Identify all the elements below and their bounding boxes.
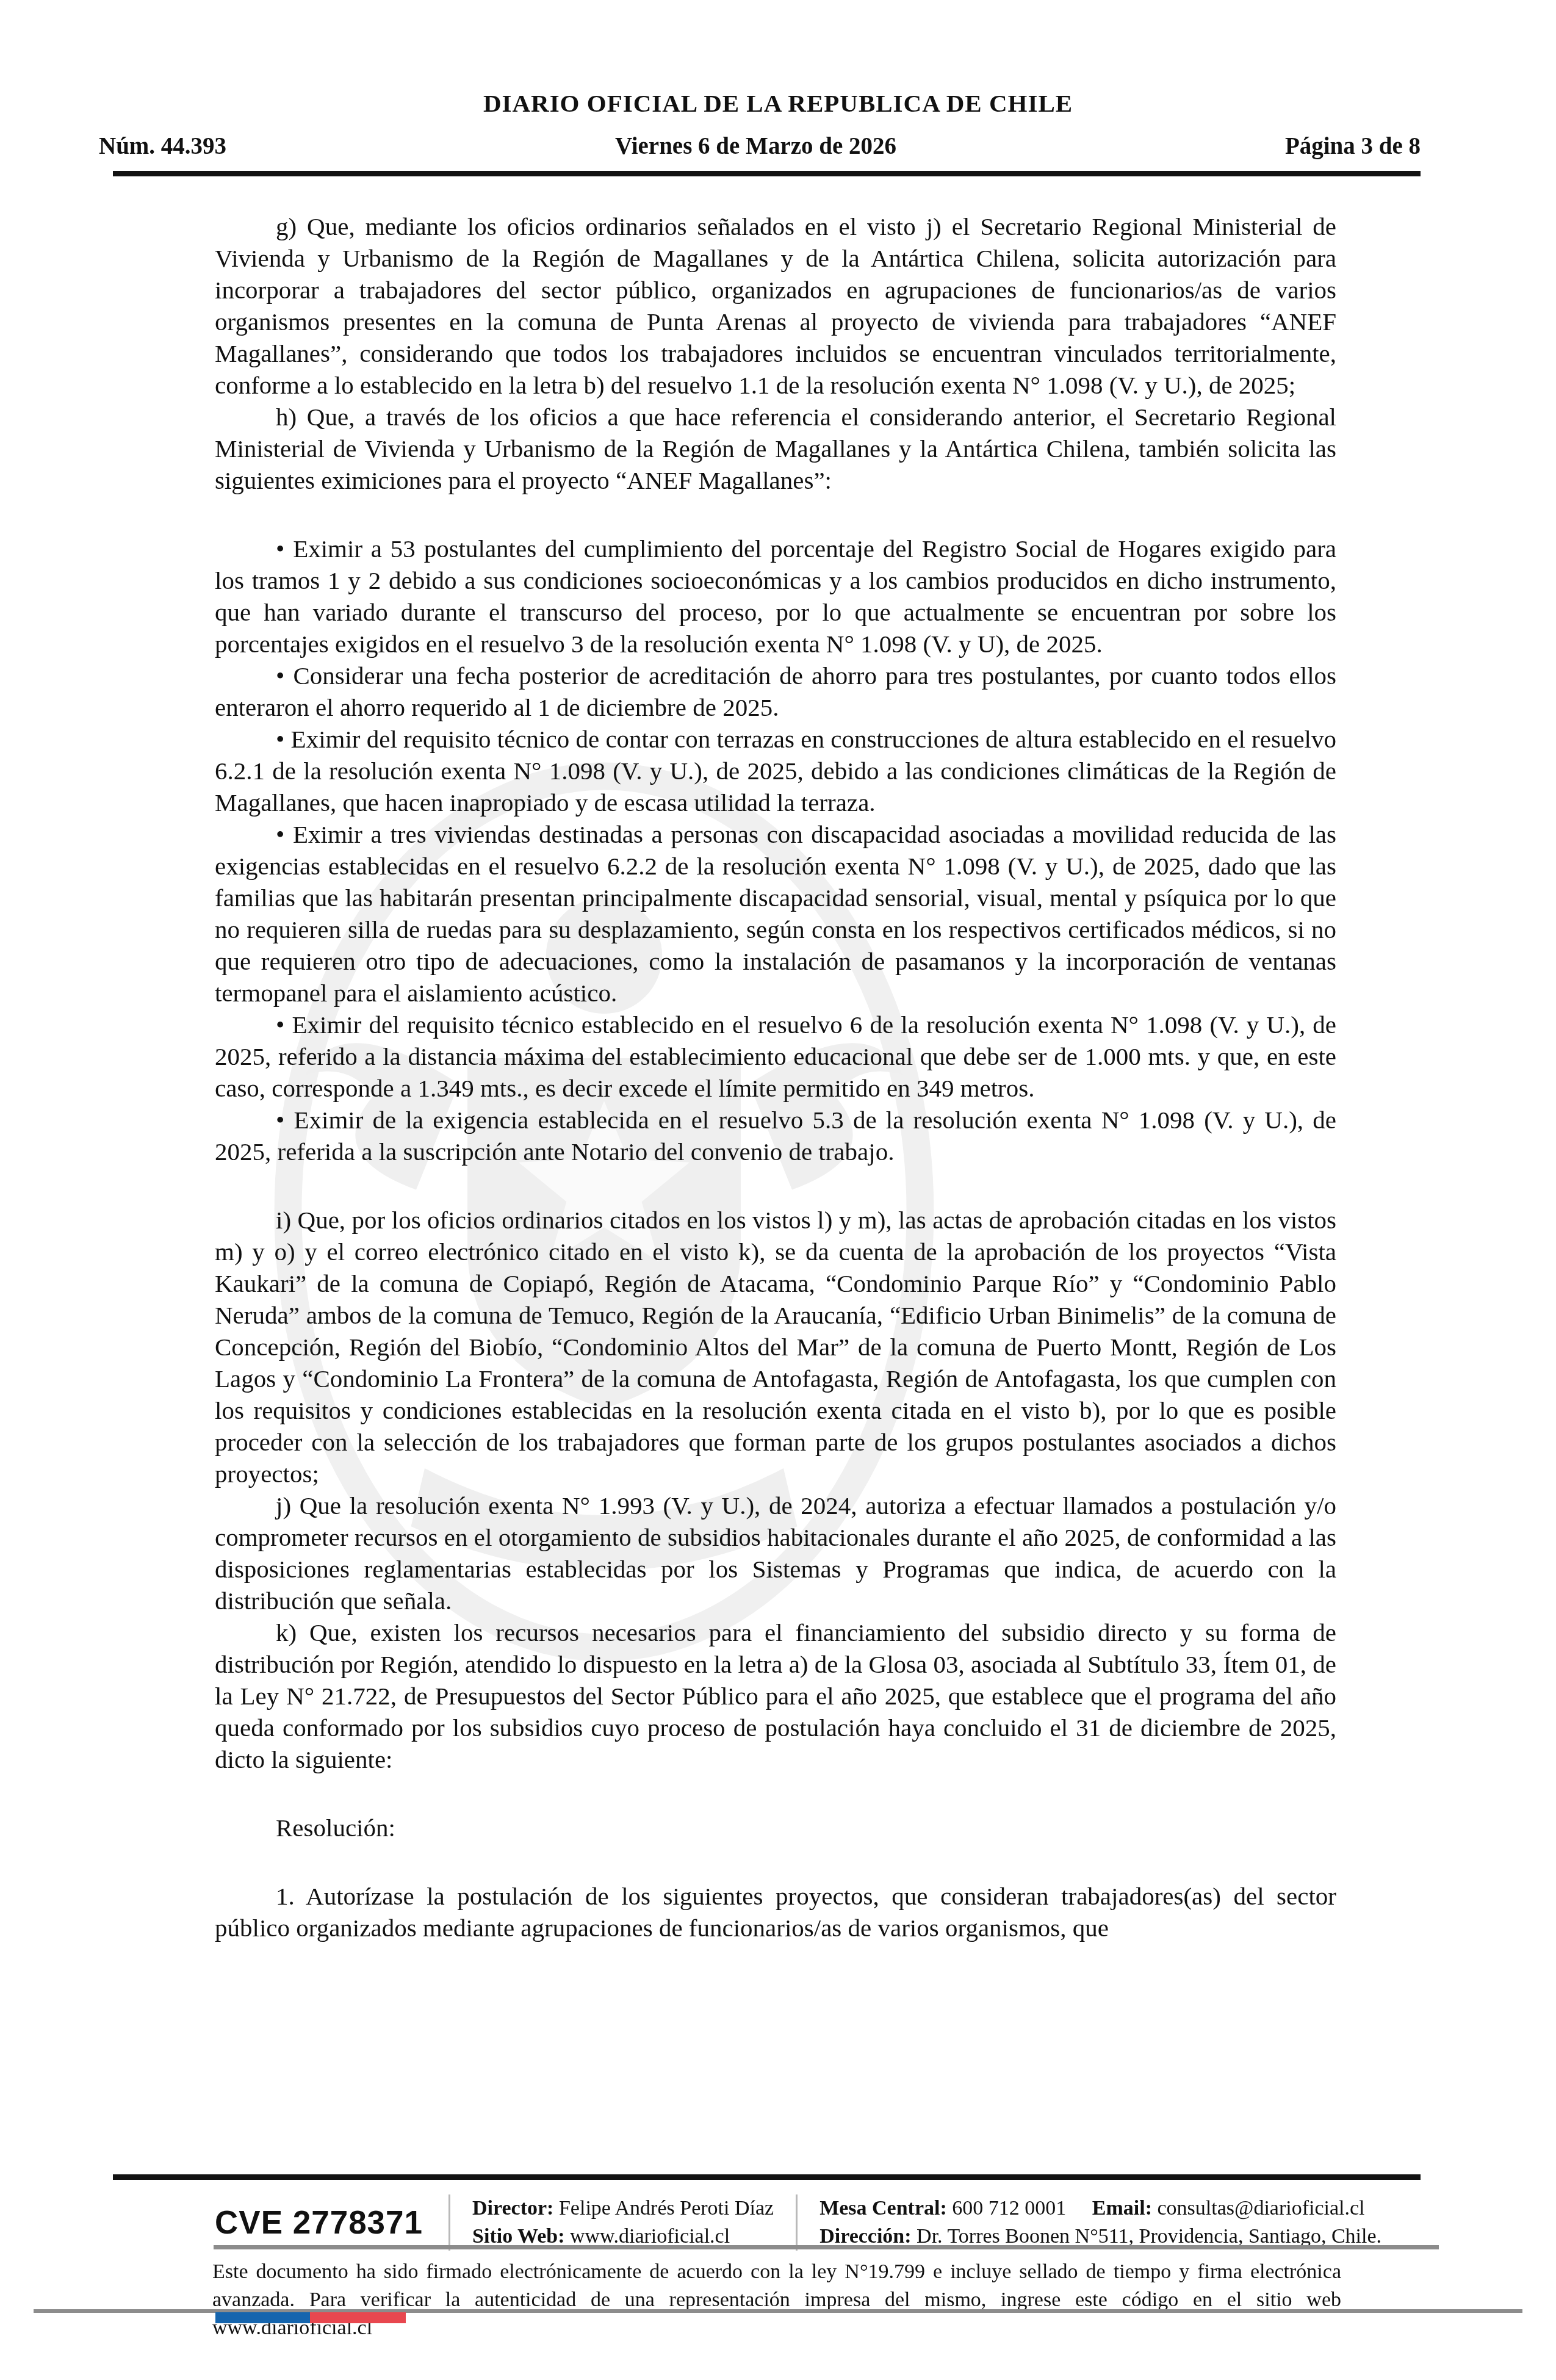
footer-director-column: Director: Felipe Andrés Peroti Díaz Siti… (448, 2194, 774, 2251)
document-body: g) Que, mediante los oficios ordinarios … (215, 211, 1336, 1944)
footer-top-rule (113, 2174, 1421, 2180)
director-line: Director: Felipe Andrés Peroti Díaz (472, 2194, 774, 2223)
email-label: Email: (1092, 2197, 1152, 2220)
header-date: Viernes 6 de Marzo de 2026 (615, 132, 896, 160)
website-label: Sitio Web: (472, 2225, 564, 2248)
director-label: Director: (472, 2197, 553, 2220)
page-indicator: Página 3 de 8 (1285, 132, 1421, 160)
bullet-item-5: • Eximir del requisito técnico estableci… (215, 1009, 1336, 1104)
footer-contact-column: Mesa Central: 600 712 0001 Email: consul… (796, 2194, 1381, 2251)
paragraph-h: h) Que, a través de los oficios a que ha… (215, 401, 1336, 496)
page-header: DIARIO OFICIAL DE LA REPUBLICA DE CHILE … (0, 0, 1556, 176)
footer-divider-rule (214, 2245, 1439, 2249)
paragraph-j: j) Que la resolución exenta N° 1.993 (V.… (215, 1490, 1336, 1617)
mesa-central-value: 600 712 0001 (952, 2197, 1066, 2220)
bullet-item-3: • Eximir del requisito técnico de contar… (215, 723, 1336, 818)
address-label: Dirección: (819, 2225, 911, 2248)
cve-code: CVE 2778371 (215, 2204, 423, 2241)
flag-blue-segment (215, 2312, 310, 2323)
director-value: Felipe Andrés Peroti Díaz (559, 2197, 774, 2220)
bullet-item-2: • Considerar una fecha posterior de acre… (215, 660, 1336, 723)
address-value: Dr. Torres Boonen N°511, Providencia, Sa… (917, 2225, 1381, 2248)
bottom-rule (34, 2309, 1522, 2313)
bullet-item-6: • Eximir de la exigencia establecida en … (215, 1104, 1336, 1167)
resolution-heading: Resolución: (215, 1812, 1336, 1844)
chile-flag-bar (215, 2312, 406, 2323)
email-value: consultas@diarioficial.cl (1158, 2197, 1365, 2220)
bullet-item-1: • Eximir a 53 postulantes del cumplimien… (215, 533, 1336, 660)
paragraph-g: g) Que, mediante los oficios ordinarios … (215, 211, 1336, 401)
issue-number: Núm. 44.393 (99, 132, 226, 160)
header-meta-row: Núm. 44.393 Viernes 6 de Marzo de 2026 P… (99, 132, 1421, 160)
website-line: Sitio Web: www.diarioficial.cl (472, 2223, 774, 2251)
mesa-central-label: Mesa Central: (819, 2197, 947, 2220)
footer-info-row: CVE 2778371 Director: Felipe Andrés Pero… (215, 2194, 1403, 2251)
document-page: DIARIO OFICIAL DE LA REPUBLICA DE CHILE … (0, 0, 1556, 2380)
bullet-item-4: • Eximir a tres viviendas destinadas a p… (215, 818, 1336, 1009)
paragraph-k: k) Que, existen los recursos necesarios … (215, 1617, 1336, 1775)
paragraph-i: i) Que, por los oficios ordinarios citad… (215, 1204, 1336, 1490)
website-value: www.diarioficial.cl (570, 2225, 730, 2248)
paragraph-1-autorizase: 1. Autorízase la postulación de los sigu… (215, 1880, 1336, 1944)
legal-notice: Este documento ha sido firmado electróni… (212, 2258, 1341, 2342)
header-rule (113, 171, 1421, 176)
flag-red-segment (310, 2312, 406, 2323)
masthead-title: DIARIO OFICIAL DE LA REPUBLICA DE CHILE (0, 88, 1556, 118)
mesa-central-line: Mesa Central: 600 712 0001 Email: consul… (819, 2194, 1381, 2223)
address-line: Dirección: Dr. Torres Boonen N°511, Prov… (819, 2223, 1381, 2251)
